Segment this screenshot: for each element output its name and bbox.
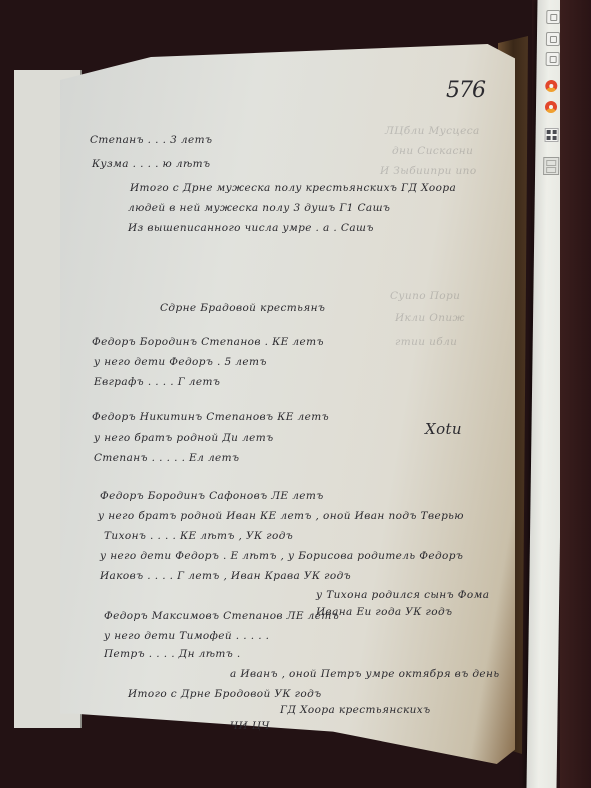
manuscript-line: ГД Хоора крестьянскихъ: [280, 704, 431, 716]
manuscript-line: ЧИ ЦЧ: [230, 720, 270, 732]
bleed-through-text: ЛЦбли Мусцеса: [385, 125, 480, 137]
manuscript-line: а Иванъ , оной Петръ умре октября въ ден…: [230, 668, 499, 680]
chrome-canary-icon[interactable]: [545, 101, 557, 113]
bleed-through-text: И Зыбиипри ипо: [380, 165, 477, 177]
manuscript-line: Федоръ Бородинъ Степанов . КЕ летъ: [92, 336, 324, 348]
manuscript-line: Тихонъ . . . . КЕ лѣтъ , УК годъ: [104, 530, 293, 542]
bleed-through-text: Суипо Пори: [390, 290, 460, 302]
manuscript-line: Федоръ Бородинъ Сафоновъ ЛЕ летъ: [100, 490, 324, 502]
manuscript-line: Из вышеписанного числа умре . а . Сашъ: [128, 222, 374, 234]
page-number: 576: [446, 78, 485, 103]
margin-note: Xotu: [425, 420, 462, 438]
manuscript-line: Кузма . . . . ю лѣтъ: [92, 158, 210, 170]
monitor-bezel: [560, 0, 591, 788]
manuscript-line: Евграфъ . . . . Г летъ: [94, 376, 220, 388]
manuscript-line: у него дети Федоръ . 5 летъ: [94, 356, 267, 368]
manuscript-line: Федоръ Максимовъ Степанов ЛЕ летъ: [104, 610, 339, 622]
bookmark-icon[interactable]: [546, 52, 560, 66]
document-viewer: 576 ЛЦбли Мусцеса дни Сискасни И Зыбиипр…: [0, 0, 532, 788]
manuscript-line: Степанъ . . . 3 летъ: [90, 134, 212, 146]
manuscript-line: Итого с Дрне Бродовой УК годъ: [128, 688, 322, 700]
bleed-through-text: Икли Опиж: [395, 312, 465, 324]
panel-icon[interactable]: [543, 157, 559, 175]
bleed-through-text: дни Сискасни: [392, 145, 473, 157]
bleed-through-text: гтии ибли: [395, 336, 457, 348]
manuscript-line: Степанъ . . . . . Ел летъ: [94, 452, 239, 464]
manuscript-line: Федоръ Никитинъ Степановъ КЕ летъ: [92, 411, 329, 423]
page-icon[interactable]: [546, 10, 560, 24]
manuscript-line: Иаковъ . . . . Г летъ , Иван Крава УК го…: [100, 570, 351, 582]
manuscript-line: у него братъ родной Ди летъ: [94, 432, 274, 444]
manuscript-line: у него дети Федоръ . Е лѣтъ , у Борисова…: [100, 550, 463, 562]
manuscript-line: у него дети Тимофей . . . . .: [104, 630, 269, 642]
manuscript-text: 576 ЛЦбли Мусцеса дни Сискасни И Зыбиипр…: [0, 0, 532, 788]
section-heading: Сдрне Брадовой крестьянъ: [160, 302, 325, 314]
history-icon[interactable]: [546, 32, 560, 46]
manuscript-line: у него братъ родной Иван КЕ летъ , оной …: [98, 510, 464, 522]
manuscript-line: Петръ . . . . Дн лѣтъ .: [104, 648, 241, 660]
apps-grid-icon[interactable]: [545, 128, 559, 142]
manuscript-line: у Тихона родился сынъ Фома: [316, 589, 489, 601]
manuscript-line: Итого с Дрне мужеска полу крестьянскихъ …: [130, 182, 456, 194]
chrome-icon[interactable]: [545, 80, 557, 92]
manuscript-line: людей в ней мужеска полу 3 душъ Г1 Сашъ: [128, 202, 390, 214]
